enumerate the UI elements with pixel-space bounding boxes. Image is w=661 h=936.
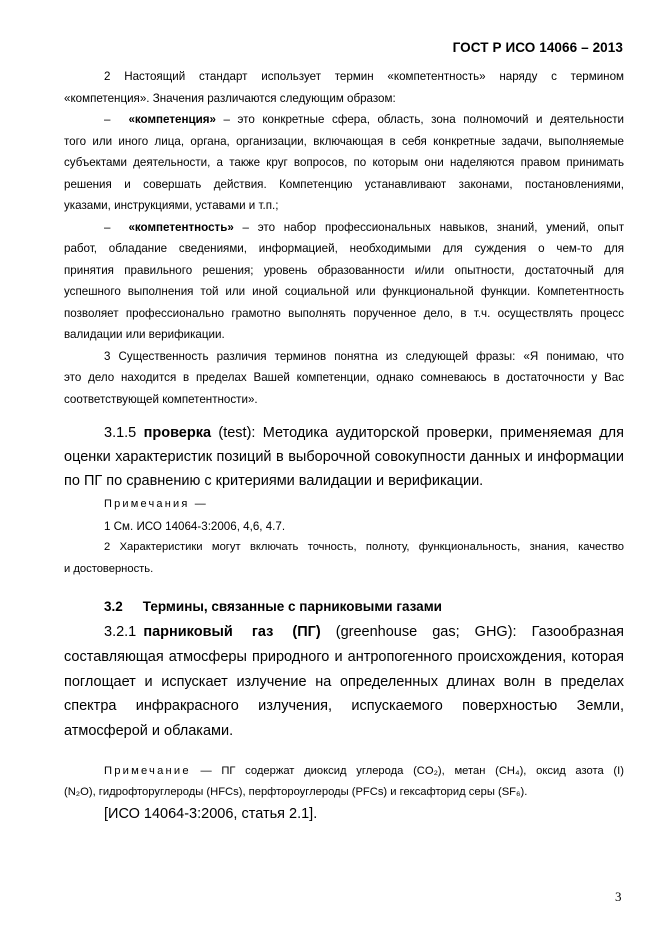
note2-intro-line2: «компетенция». Значения различаются след… (64, 92, 624, 105)
competence-definition-line2: того или иного лица, органа, организации… (64, 135, 624, 148)
notes-label: Примечания — (104, 498, 661, 510)
section-3-1-5-line3: по ПГ по сравнению с критериями валидаци… (64, 473, 624, 489)
section-number: 3.2 (104, 599, 123, 614)
note-label: Примечание (104, 765, 191, 777)
note3-line2: это дело находится в пределах Вашей комп… (64, 371, 624, 384)
dash: – (104, 113, 110, 126)
ghg-reference: [ИСО 14064-3:2006, статья 2.1]. (104, 806, 661, 822)
section-3-2-1-line1: 3.2.1 парниковый газ (ПГ) (greenhouse ga… (64, 624, 624, 640)
competency-definition-line3: принятия правильного решения; уровень об… (64, 264, 624, 277)
document-header: ГОСТ Р ИСО 14066 – 2013 (453, 40, 623, 55)
ghg-note-line1: Примечание — ПГ содержат диоксид углерод… (64, 765, 624, 777)
dash: – (104, 221, 110, 234)
section-number: 3.2.1 (104, 624, 136, 640)
note2-intro-line1: 2 Настоящий стандарт использует термин «… (64, 70, 624, 83)
competence-definition-line3: субъектами деятельности, а также круг во… (64, 156, 624, 169)
section-3-1-5-line2: оценки характеристик позиций в выборочно… (64, 449, 624, 465)
competency-definition-line1: –«компетентность» – это набор профессион… (64, 221, 624, 234)
section-3-2-heading: 3.2Термины, связанные с парниковыми газа… (104, 599, 661, 614)
document-page: ГОСТ Р ИСО 14066 – 2013 2 Настоящий стан… (0, 0, 661, 936)
term-test: проверка (144, 425, 211, 441)
section-title: Термины, связанные с парниковыми газами (143, 599, 442, 614)
section-3-2-1-line5: атмосферой и облаками. (64, 723, 624, 739)
competency-definition-line5: позволяет профессионально грамотно выпол… (64, 307, 624, 320)
note3-line1: 3 Существенность различия терминов понят… (64, 350, 624, 363)
section-3-2-1-line4: спектра инфракрасного излучения, испуска… (64, 698, 624, 714)
competency-definition-line4: успешного выполнения той или иной социал… (64, 285, 624, 298)
term-ghg: парниковый газ (ПГ) (143, 624, 320, 640)
competence-term: «компетенция» (128, 113, 216, 126)
note-item-2: 2 Характеристики могут включать точность… (64, 541, 624, 553)
section-3-2-1-line2: составляющая атмосферы природного и антр… (64, 649, 624, 665)
note3-line3: соответствующей компетентности». (64, 393, 624, 406)
section-3-2-1-line3: поглощает и испускает излучение на опред… (64, 674, 624, 690)
note-item-1: 1 См. ИСО 14064-3:2006, 4,6, 4.7. (104, 520, 661, 533)
competence-definition-line5: указами, инструкциями, уставами и т.п.; (64, 199, 624, 212)
section-3-1-5-line1: 3.1.5 проверка (test): Методика аудиторс… (64, 425, 624, 441)
competency-definition-line2: работ, обладание сведениями, информацией… (64, 242, 624, 255)
note-item-2-cont: и достоверность. (64, 563, 624, 575)
competency-definition-line6: валидации или верификации. (64, 328, 624, 341)
page-number: 3 (615, 889, 622, 905)
competence-definition-line1: –«компетенция» – это конкретные сфера, о… (64, 113, 624, 126)
competency-term: «компетентность» (128, 221, 233, 234)
section-number: 3.1.5 (104, 425, 136, 441)
ghg-note-line2: (N₂O), гидрофторуглероды (HFCs), перфтор… (64, 786, 624, 798)
competence-definition-line4: решения и совершать действия. Компетенци… (64, 178, 624, 191)
